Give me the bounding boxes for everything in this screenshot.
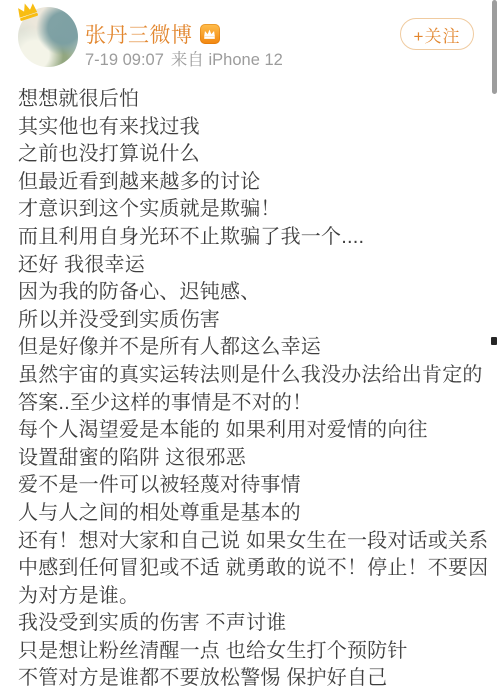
post-text-line: 每个人渴望爱是本能的 如果利用对爱情的向往: [18, 417, 492, 445]
post-text-line: 所以并没受到实质伤害: [18, 307, 492, 335]
avatar[interactable]: [18, 5, 78, 67]
post-text-line: 之前也没打算说什么: [18, 141, 492, 169]
post-text-line: 才意识到这个实质就是欺骗！: [18, 196, 492, 224]
post-text-line: 答案..至少这样的事情是不对的！: [18, 390, 492, 418]
username[interactable]: 张丹三微博: [85, 19, 193, 49]
post-text-line: 中感到任何冒犯或不适 就勇敢的说不！停止！不要因: [18, 555, 492, 583]
vip-crown-badge-icon: [200, 24, 220, 44]
post-text-line: 我没受到实质的伤害 不声讨谁: [18, 610, 492, 638]
post-text-line: 人与人之间的相处尊重是基本的: [18, 500, 492, 528]
source-label[interactable]: 来自 iPhone 12: [171, 51, 283, 69]
post-text-line: 设置甜蜜的陷阱 这很邪恶: [18, 445, 492, 473]
user-name-row: 张丹三微博: [85, 19, 220, 49]
post-text-line: 为对方是谁。: [18, 583, 492, 611]
post-meta: 7-19 09:07来自 iPhone 12: [85, 46, 283, 70]
weibo-post-page: 张丹三微博 7-19 09:07来自 iPhone 12 +关注 想想就很后怕其…: [0, 0, 500, 696]
post-text-line: 而且利用自身光环不止欺骗了我一个....: [18, 224, 492, 252]
dark-dot-artifact: [491, 337, 497, 345]
timestamp: 7-19 09:07: [85, 51, 164, 69]
scrollbar-thumb[interactable]: [492, 0, 497, 94]
post-text-line: 虽然宇宙的真实运转法则是什么我没办法给出肯定的: [18, 362, 492, 390]
post-text-line: 其实他也有来找过我: [18, 114, 492, 142]
post-text-line: 还有！想对大家和自己说 如果女生在一段对话或关系: [18, 528, 492, 556]
post-text-line: 还好 我很幸运: [18, 252, 492, 280]
post-content: 想想就很后怕其实他也有来找过我之前也没打算说什么但最近看到越来越多的讨论才意识到…: [18, 86, 492, 693]
post-text-line: 想想就很后怕: [18, 86, 492, 114]
post-text-line: 不管对方是谁都不要放松警惕 保护好自己: [18, 665, 492, 693]
follow-button[interactable]: +关注: [400, 18, 474, 50]
post-text-line: 因为我的防备心、迟钝感、: [18, 279, 492, 307]
post-text-line: 但最近看到越来越多的讨论: [18, 169, 492, 197]
post-text-line: 只是想让粉丝清醒一点 也给女生打个预防针: [18, 638, 492, 666]
post-text-line: 爱不是一件可以被轻蔑对待事情: [18, 472, 492, 500]
post-text-line: 但是好像并不是所有人都这么幸运: [18, 334, 492, 362]
